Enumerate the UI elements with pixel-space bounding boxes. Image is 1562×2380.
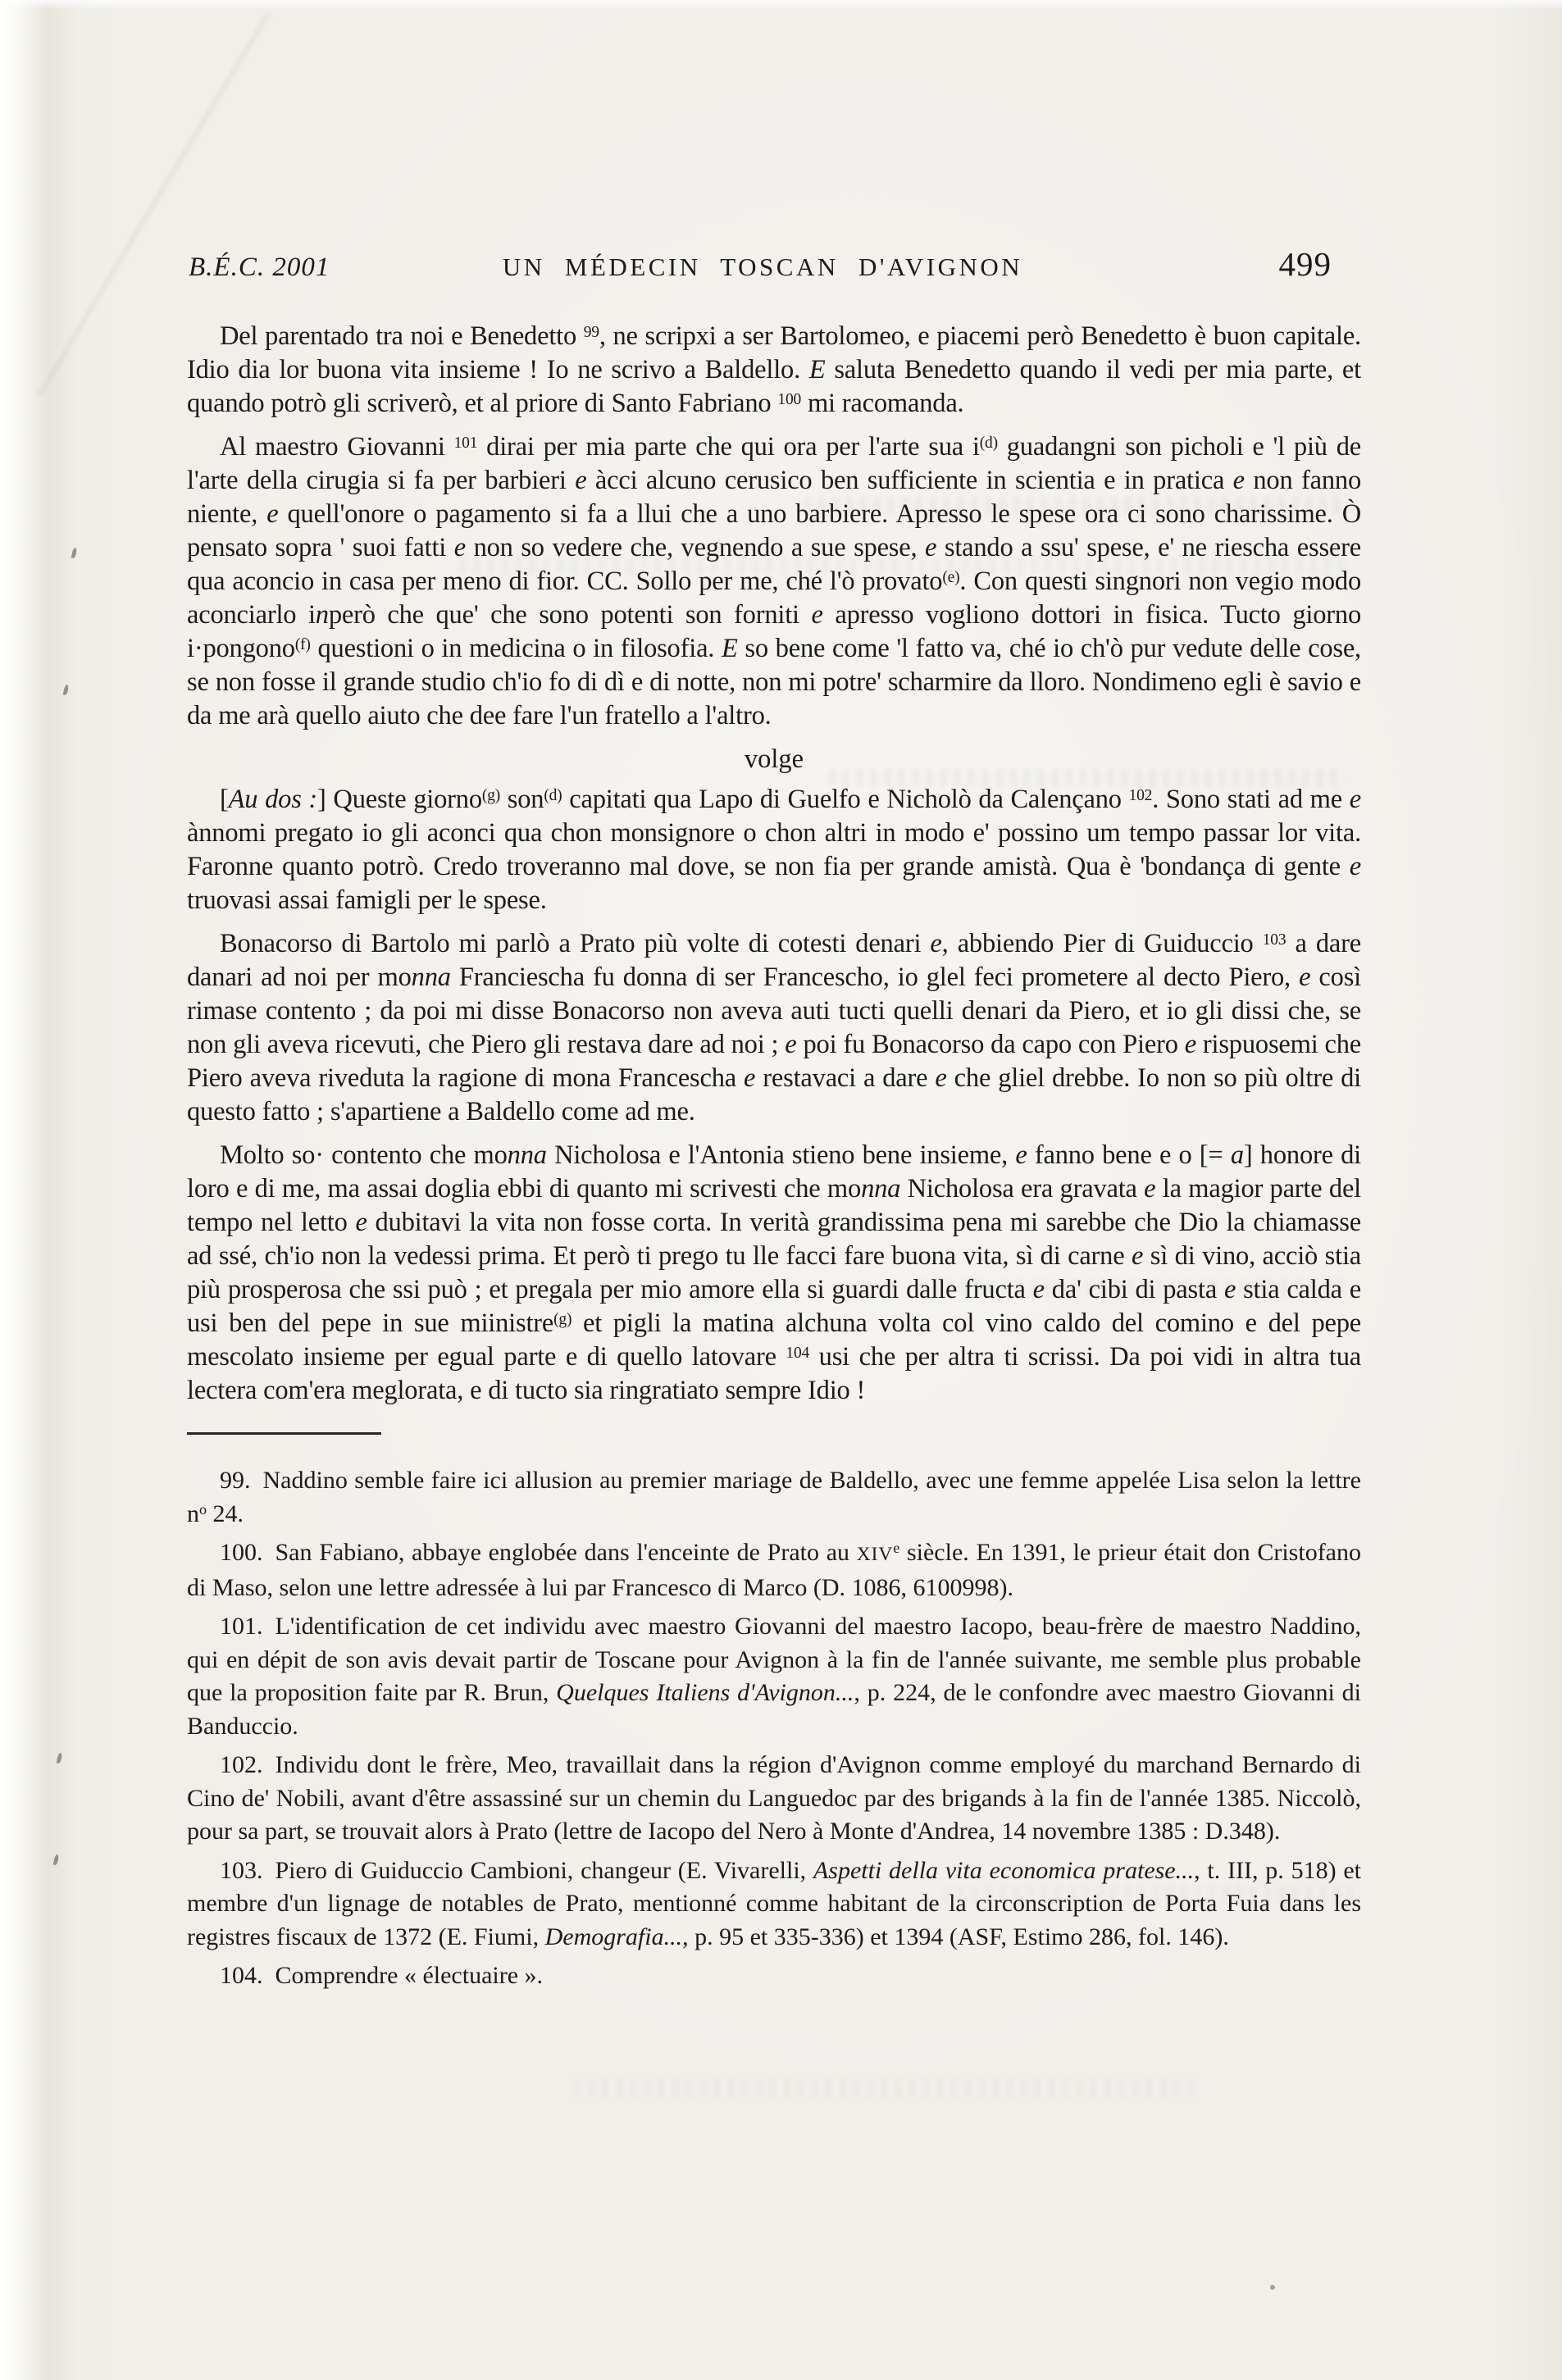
scan-top-edge bbox=[0, 0, 1562, 10]
journal-issue-label: B.É.C. 2001 bbox=[189, 253, 459, 283]
paragraph-maestro-giovanni: Al maestro Giovanni 101 dirai per mia pa… bbox=[187, 430, 1361, 733]
running-title: UN MÉDECIN TOSCAN D'AVIGNON bbox=[448, 253, 1077, 282]
footnotes-section: 99. Naddino semble faire ici allusion au… bbox=[187, 1464, 1361, 1993]
footnote-104: 104. Comprendre « électuaire ». bbox=[187, 1959, 1361, 1993]
footnote-separator-rule bbox=[187, 1432, 381, 1435]
scanned-journal-page: B.É.C. 2001 UN MÉDECIN TOSCAN D'AVIGNON … bbox=[0, 0, 1562, 2380]
footnote-99: 99. Naddino semble faire ici allusion au… bbox=[187, 1464, 1361, 1531]
paragraph-au-dos: [Au dos :] Queste giorno(g) son(d) capit… bbox=[187, 783, 1361, 917]
paragraph-parentado: Del parentado tra noi e Benedetto 99, ne… bbox=[187, 320, 1361, 421]
scan-speck bbox=[1270, 2285, 1275, 2290]
paragraph-bonacorso: Bonacorso di Bartolo mi parlò a Prato pi… bbox=[187, 927, 1361, 1129]
letter-transcription: Del parentado tra noi e Benedetto 99, ne… bbox=[187, 320, 1361, 1999]
running-head: B.É.C. 2001 UN MÉDECIN TOSCAN D'AVIGNON … bbox=[189, 244, 1359, 284]
footnote-100: 100. San Fabiano, abbaye englobée dans l… bbox=[187, 1536, 1361, 1604]
paragraph-molto-contento: Molto so· contento che monna Nicholosa e… bbox=[187, 1139, 1361, 1408]
scan-right-edge bbox=[1496, 0, 1562, 2380]
footnote-101: 101. L'identification de cet individu av… bbox=[187, 1610, 1361, 1743]
footnote-103: 103. Piero di Guiduccio Cambioni, change… bbox=[187, 1854, 1361, 1955]
turn-indicator: volge bbox=[187, 743, 1361, 776]
page-number: 499 bbox=[1061, 244, 1332, 284]
footnote-102: 102. Individu dont le frère, Meo, travai… bbox=[187, 1749, 1361, 1849]
ink-bleedthrough bbox=[574, 2079, 1197, 2097]
